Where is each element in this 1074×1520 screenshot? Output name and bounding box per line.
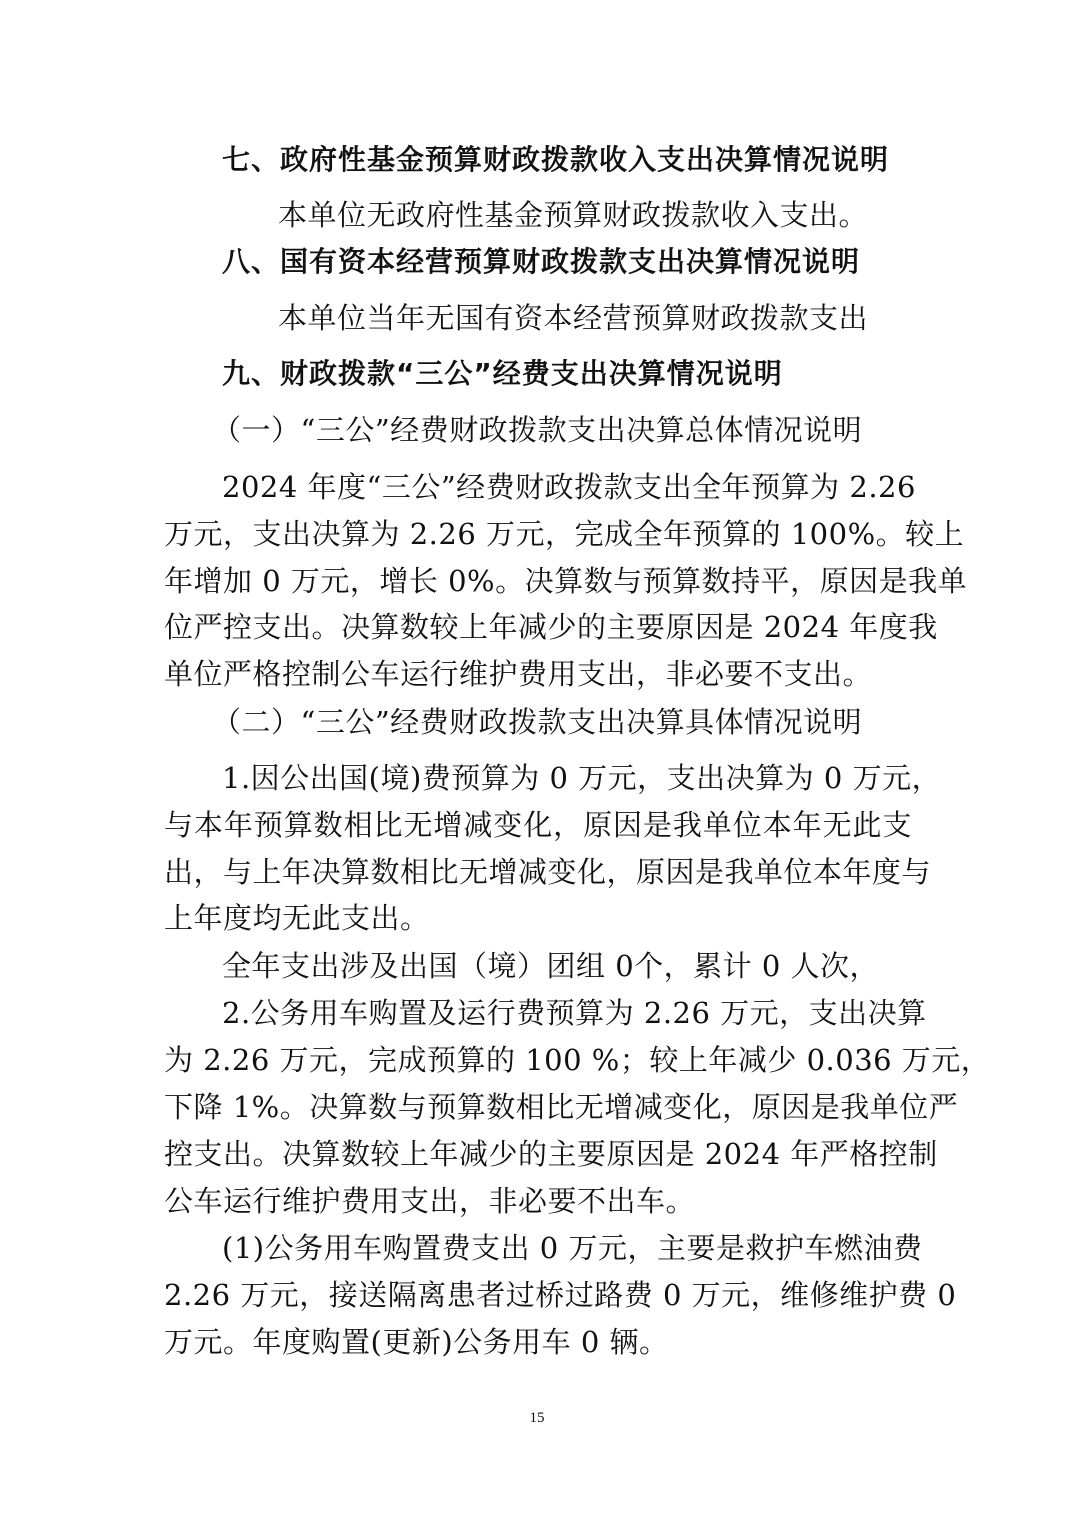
paragraph-line: 位严控支出。决算数较上年减少的主要原因是 2024 年度我: [164, 607, 912, 647]
paragraph-line: 年增加 0 万元，增长 0%。决算数与预算数持平，原因是我单: [164, 561, 912, 601]
paragraph-line: 上年度均无此支出。: [164, 898, 430, 938]
paragraph-line: 为 2.26 万元，完成预算的 100 %；较上年减少 0.036 万元，: [164, 1040, 912, 1080]
subsection-1-heading: （一）“三公”经费财政拨款支出决算总体情况说明: [212, 410, 862, 450]
paragraph-line: (1)公务用车购置费支出 0 万元，主要是救护车燃油费: [222, 1228, 922, 1268]
section-8-text: 本单位当年无国有资本经营预算财政拨款支出: [278, 298, 868, 338]
paragraph-line: 1.因公出国(境)费预算为 0 万元，支出决算为 0 万元，: [222, 758, 941, 798]
paragraph-line: 2024 年度“三公”经费财政拨款支出全年预算为 2.26: [222, 467, 916, 507]
section-9-heading: 九、财政拨款“三公”经费支出决算情况说明: [222, 354, 783, 394]
paragraph-line: 公车运行维护费用支出，非必要不出车。: [164, 1181, 695, 1221]
paragraph-line: 万元，支出决算为 2.26 万元，完成全年预算的 100%。较上: [164, 514, 912, 554]
section-7-text: 本单位无政府性基金预算财政拨款收入支出。: [278, 195, 868, 235]
paragraph-line: 下降 1%。决算数与预算数相比无增减变化，原因是我单位严: [164, 1087, 912, 1127]
paragraph-line: 2.公务用车购置及运行费预算为 2.26 万元，支出决算: [222, 993, 927, 1033]
paragraph-line: 单位严格控制公车运行维护费用支出，非必要不支出。: [164, 654, 872, 694]
paragraph-line: 全年支出涉及出国（境）团组 0个，累计 0 人次，: [222, 946, 879, 986]
paragraph-line: 出，与上年决算数相比无增减变化，原因是我单位本年度与: [164, 852, 912, 892]
section-7-heading: 七、政府性基金预算财政拨款收入支出决算情况说明: [222, 140, 889, 180]
subsection-2-heading: （二）“三公”经费财政拨款支出决算具体情况说明: [212, 702, 862, 742]
paragraph-line: 与本年预算数相比无增减变化，原因是我单位本年无此支: [164, 805, 912, 845]
document-page: 七、政府性基金预算财政拨款收入支出决算情况说明 本单位无政府性基金预算财政拨款收…: [0, 0, 1074, 1520]
paragraph-line: 2.26 万元，接送隔离患者过桥过路费 0 万元，维修维护费 0: [164, 1275, 912, 1315]
paragraph-line: 控支出。决算数较上年减少的主要原因是 2024 年严格控制: [164, 1134, 912, 1174]
section-8-heading: 八、国有资本经营预算财政拨款支出决算情况说明: [222, 242, 860, 282]
page-number: 15: [0, 1410, 1074, 1427]
paragraph-line: 万元。年度购置(更新)公务用车 0 辆。: [164, 1322, 669, 1362]
